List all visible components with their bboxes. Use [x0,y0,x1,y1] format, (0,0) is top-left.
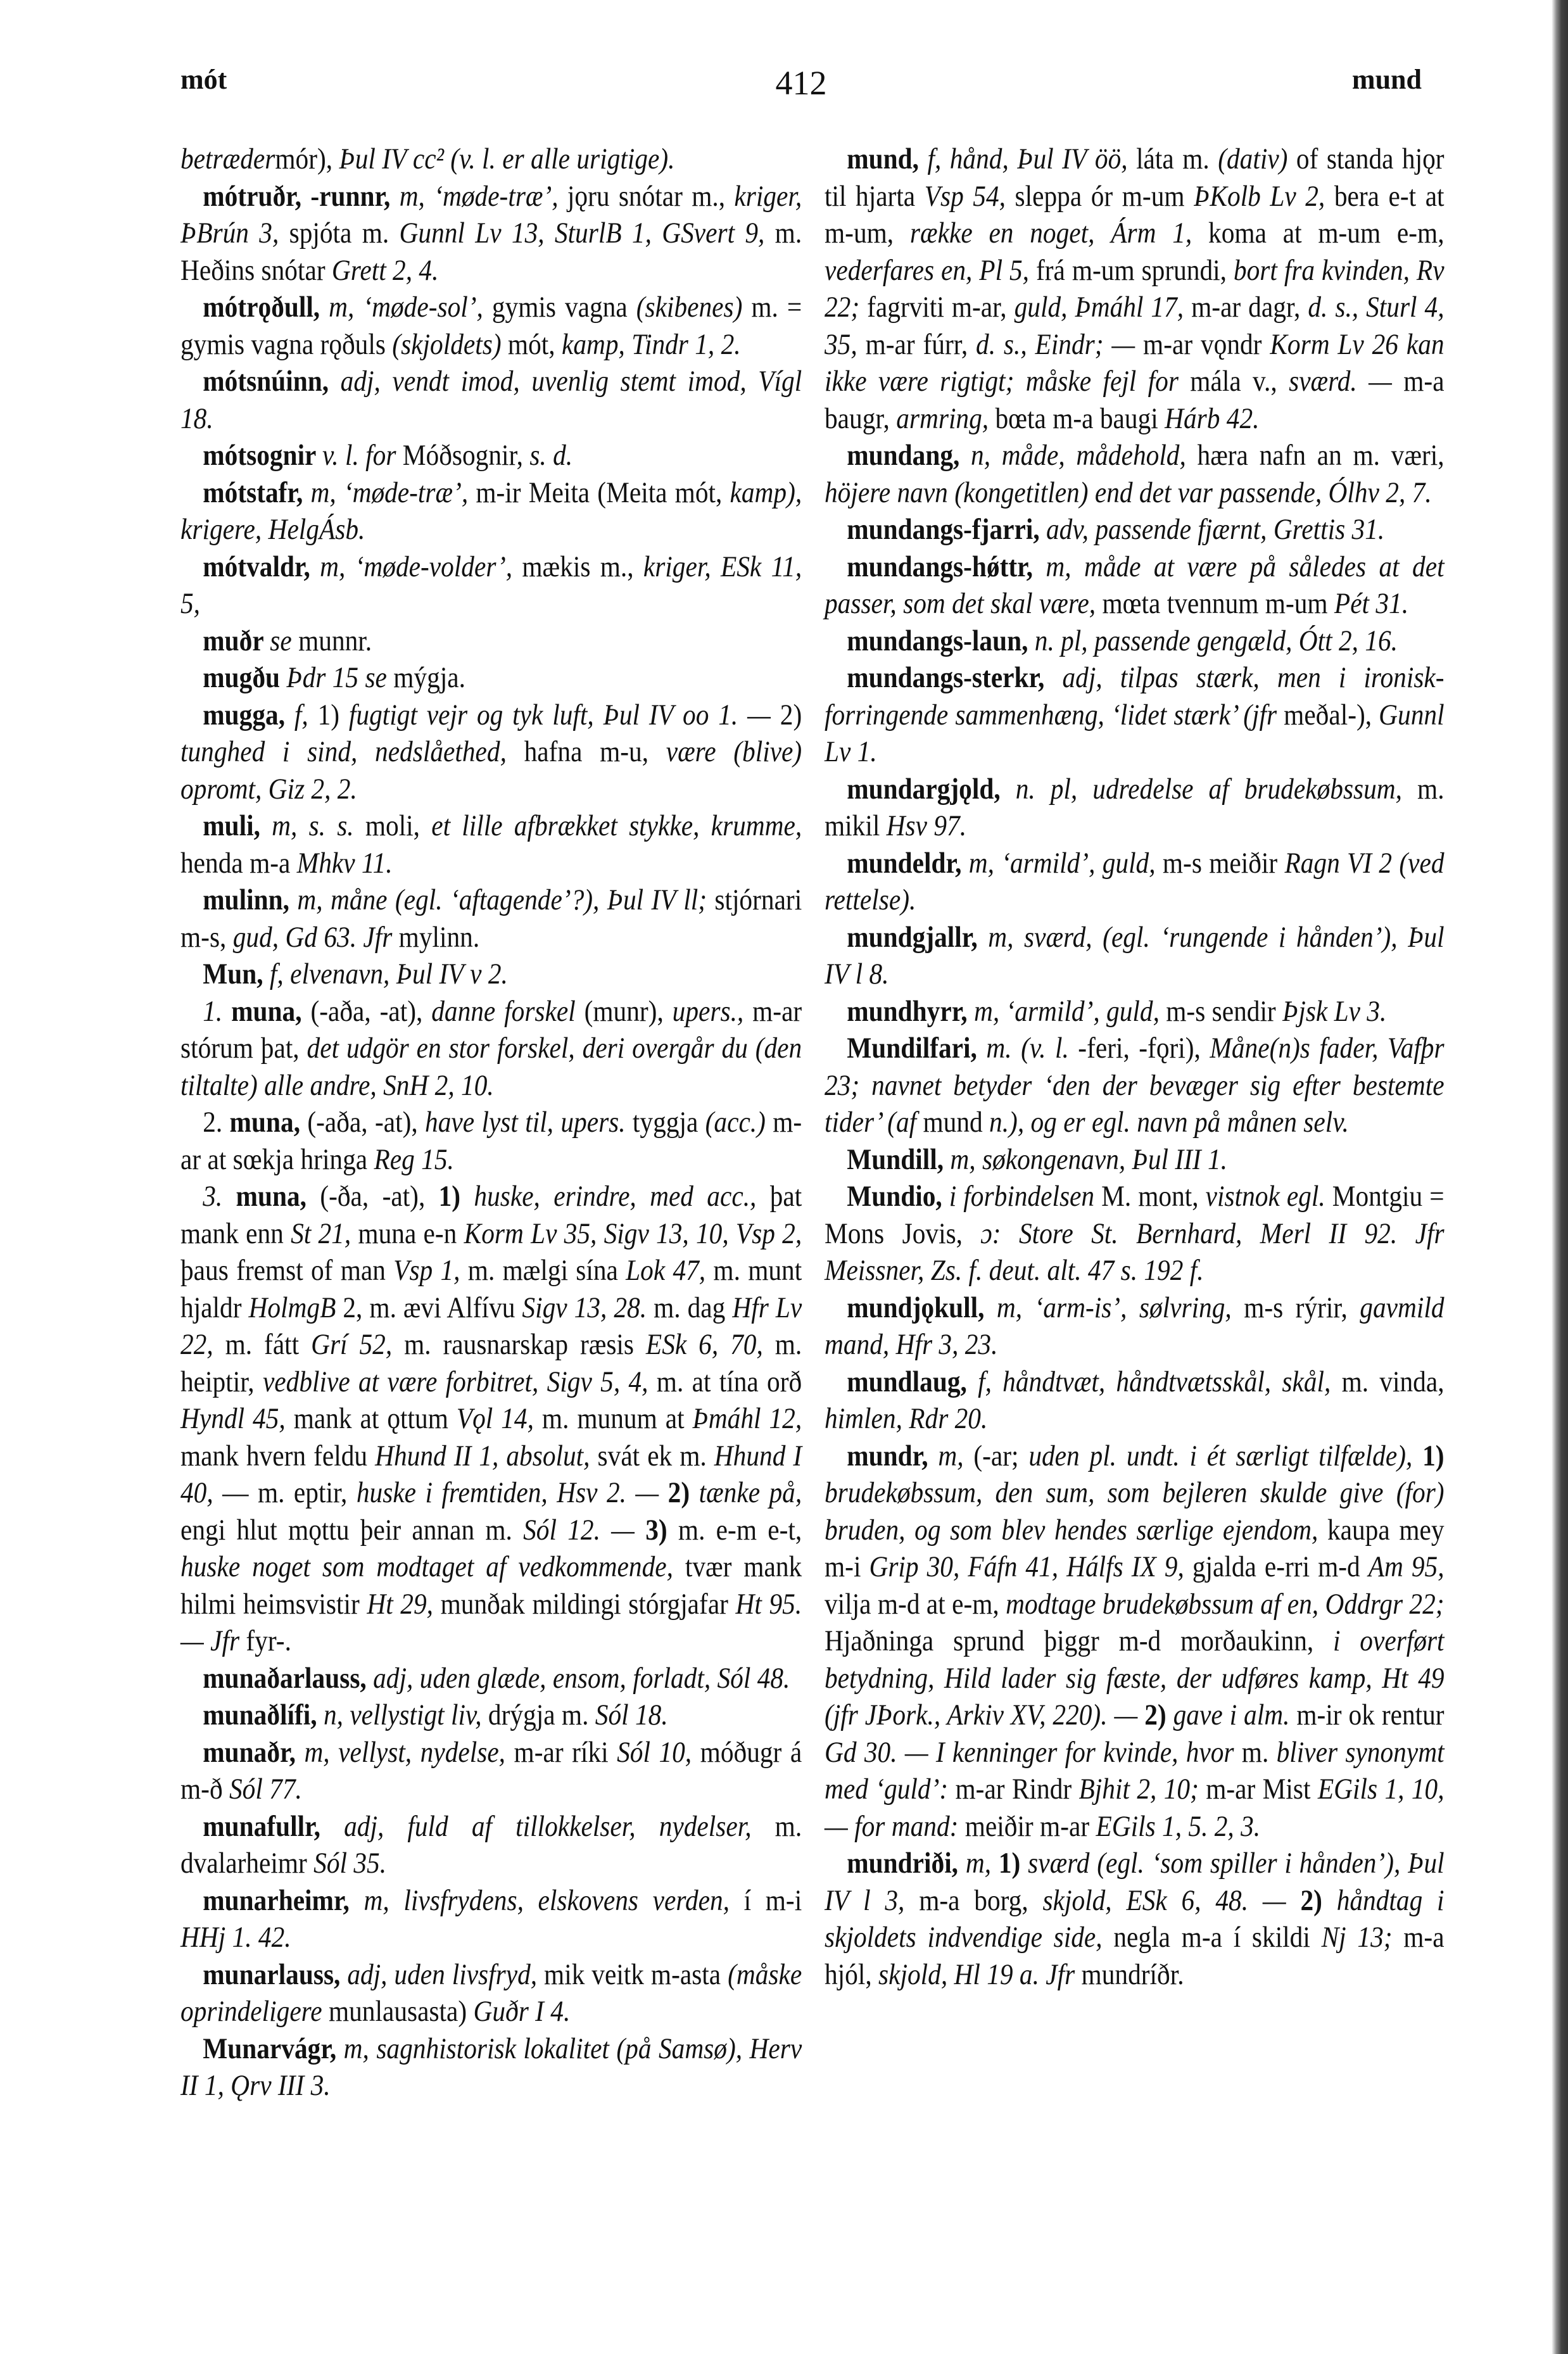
entry-text: guld, Þmáhl 17, [1015,291,1192,324]
dictionary-entry: munarheimr, m, livsfrydens, elskovens ve… [180,1882,802,1956]
entry-text: mála v., [1190,365,1289,398]
entry-text: mœta tvennum m-um [1102,587,1334,620]
entry-text: vedblive at være forbitret, Sigv 5, 4, [263,1365,657,1398]
dictionary-entry: betrædermór), Þul IV cc² (v. l. er alle … [180,141,802,178]
entry-text: drýgja m. [488,1699,595,1731]
entry-text: Sól 18. [595,1699,668,1731]
headword: Mundio, [847,1180,949,1213]
entry-text: huske, erindre, med acc., [474,1180,769,1213]
entry-text: m-ir Meita (Meita mót, [476,476,730,509]
entry-text: spjóta m. [289,217,400,250]
entry-text: engi hlut mǫttu þeir annan m. [180,1514,523,1547]
left-column: betrædermór), Þul IV cc² (v. l. er alle … [180,141,802,2104]
headword: mundhyrr, [847,995,974,1028]
entry-text: v. l. for [322,439,403,472]
dictionary-entry: Mundilfari, m. (v. l. -feri, -fǫri), Mån… [825,1030,1445,1141]
entry-text: mund [923,1106,989,1139]
entry-text: Nj 13; [1322,1921,1404,1954]
entry-text: Bjhit 2, 10; [1079,1773,1206,1806]
headword: mótruðr, -runnr, [203,180,399,213]
dictionary-entry: mugga, f, 1) fugtigt vejr og tyk luft, Þ… [180,697,802,808]
entry-text: skjold, ESk 6, 48. — [1043,1884,1301,1917]
entry-text: m, s. s. [272,809,365,842]
entry-text: m, ‘møde-volder’, [320,550,522,583]
entry-text: (-ða, -at), [320,1180,438,1213]
entry-text: mót, [508,328,562,361]
entry-text: sværd. — [1289,365,1403,398]
headword: mundgjallr, [847,921,988,954]
page-number: 412 [180,63,1422,103]
entry-text: huske noget som modtaget af vedkommende, [180,1550,685,1583]
entry-text: fyr-. [246,1624,291,1657]
entry-text: n, vellystigt liv, [324,1699,488,1731]
entry-text: mór), [275,142,339,175]
dictionary-entry: mundeldr, m, ‘armild’, guld, m-s meiðir … [825,845,1445,919]
headword: munaðr, [203,1736,304,1769]
headword: mundang, [847,439,971,472]
entry-text: Hjaðninga sprund þiggr m-d morðaukinn, [825,1624,1333,1657]
entry-text: m-ar fúrr, [866,328,976,361]
entry-text: meiðir m-ar [965,1810,1096,1843]
headword: mundargjǫld, [847,773,1015,806]
dictionary-entry: 1. muna, (-aða, -at), danne forskel (mun… [180,993,802,1104]
entry-text: m. dag [654,1291,732,1324]
headword: mundlaug, [847,1365,978,1398]
entry-text: et lille afbrækket stykke, krumme, [431,809,802,842]
entry-text: m. e-m e-t, [678,1514,802,1547]
entry-text: n, måde, mådehold, [971,439,1197,472]
entry-text: svát ek m. [598,1440,714,1472]
entry-text: n.), og er egl. navn på månen selv. [989,1106,1349,1139]
dictionary-entry: mulinn, m, måne (egl. ‘aftagende’?), Þul… [180,882,802,956]
entry-text: Sigv 13, 28. [522,1291,654,1324]
entry-text: m-ar Mist [1206,1773,1318,1806]
entry-text: m. mælgi sína [468,1254,626,1287]
headword: muna, [230,1106,308,1139]
entry-text: Móðsognir, [403,439,530,472]
entry-text: betræder [180,142,275,175]
headword: munarlauss, [203,1958,347,1991]
dictionary-entry: Munarvágr, m, sagnhistorisk lokalitet (p… [180,2030,802,2104]
entry-text: Gunnl Lv 13, SturlB 1, GSvert 9, [400,217,775,250]
entry-text: m-ar vǫndr [1143,328,1270,361]
running-head-right: mund [1352,63,1422,96]
page-header: mót 412 mund [180,63,1422,108]
entry-text: (-ar; [973,1440,1028,1472]
entry-text: Hyndl 45, [180,1402,294,1435]
headword: 1) [999,1847,1028,1880]
entry-text: HHj 1. 42. [180,1921,291,1954]
entry-text: m-s sendir [1166,995,1282,1028]
entry-text: mank hvern feldu [180,1440,375,1472]
headword: munafullr, [203,1810,344,1843]
dictionary-entry: Mundio, i forbindelsen M. mont, vistnok … [825,1178,1445,1289]
entry-text: adv, passende fjærnt, Grettis 31. [1046,513,1384,546]
entry-text: (skjoldets) [392,328,508,361]
headword: mund, [847,142,927,175]
dictionary-entry: mundr, m, (-ar; uden pl. undt. i ét særl… [825,1438,1445,1845]
dictionary-entry: mundangs-fjarri, adv, passende fjærnt, G… [825,511,1445,548]
headword: 2) [1300,1884,1336,1917]
dictionary-entry: mótsnúinn, adj, vendt imod, uvenlig stem… [180,363,802,437]
entry-text: Reg 15. [374,1143,453,1176]
entry-text: m-ar Rindr [955,1773,1078,1806]
entry-text: Sól 77. [229,1773,302,1806]
entry-text: m, ‘møde-sol’, [329,291,492,324]
headword: mótsognir [203,439,322,472]
headword: Mundill, [847,1143,950,1176]
entry-text: m, livsfrydens, elskovens verden, [364,1884,744,1917]
entry-text: m, ‘møde-træ’, [400,180,567,213]
entry-text: Grett 2, 4. [332,254,438,287]
entry-text: gjalda e-rri m-d [1192,1550,1369,1583]
entry-text: moli, [365,809,431,842]
entry-text: f, [294,699,318,731]
entry-text: Hhund II 1, absolut, [375,1440,597,1472]
entry-text: armring, [896,402,995,435]
headword: muna, [236,1180,320,1213]
entry-text: (munr), [585,995,673,1028]
entry-text: Mhkv 11. [297,847,393,880]
entry-text: vistnok egl. [1206,1180,1332,1213]
entry-text: Hsv 97. [887,809,966,842]
headword: mótvaldr, [203,550,320,583]
entry-text: n. pl, udredelse af brudekøbssum, [1016,773,1417,806]
entry-text: hæra nafn an m. væri, [1198,439,1445,472]
dictionary-entry: mundhyrr, m, ‘armild’, guld, m-s sendir … [825,993,1445,1030]
entry-text: ÞKolb Lv 2, [1194,180,1334,213]
entry-text: Gd 30. — I kenninger for kvinde, hvor [825,1736,1242,1769]
entry-text: mýgja. [393,661,465,694]
entry-text: (acc.) [705,1106,773,1139]
dictionary-entry: mótruðr, -runnr, m, ‘møde-træ’, jǫru snó… [180,178,802,289]
entry-text: mik veitk m-asta [544,1958,728,1991]
entry-text: EGils 1, 5. 2, 3. [1096,1810,1260,1843]
dictionary-entry: mótvaldr, m, ‘møde-volder’, mækis m., kr… [180,548,802,623]
entry-text: f, håndtvæt, håndtvætsskål, skål, [978,1365,1341,1398]
entry-text: (dativ) [1218,142,1296,175]
entry-text: m, vellyst, nydelse, [304,1736,514,1769]
headword: muðr [203,624,270,657]
entry-text: m-ir ok rentur [1296,1699,1444,1731]
entry-text: 1) [318,699,349,731]
entry-text: (-aða, -at), [310,995,431,1028]
entry-text: Þmáhl 12, [693,1402,802,1435]
dictionary-entry: mótsognir v. l. for Móðsognir, s. d. [180,437,802,474]
entry-text: se [270,624,298,657]
entry-text: gymis vagna [492,291,636,324]
entry-text: upers., [673,995,752,1028]
entry-text: vilja m-d at e-m, [825,1588,1006,1621]
headword: Mundilfari, [847,1032,986,1065]
entry-text: danne forskel [431,995,584,1028]
entry-text: m. at tína orð [657,1365,802,1398]
dictionary-entry: munaðlífi, n, vellystigt liv, drýgja m. … [180,1697,802,1734]
entry-text: fugtigt vejr og tyk luft, Þul IV oo 1. — [349,699,780,731]
headword: mugðu [203,661,286,694]
entry-text: m, måne (egl. ‘aftagende’?), Þul IV ll; [297,883,714,916]
headword: 1) [1422,1440,1444,1472]
entry-text: jǫru snótar m., [567,180,734,213]
entry-text: have lyst til, upers. [425,1106,633,1139]
headword: muna, [231,995,310,1028]
headword: muli, [203,809,272,842]
entry-text: frá m-um sprundi, [1036,254,1234,287]
entry-text: modtage brudekøbssum af en, Oddrgr 22; [1006,1588,1444,1621]
entry-text: tunghed i sind, nedslåethed, [180,735,524,768]
entry-text: række en noget, Árm 1, [910,217,1208,250]
entry-text: m, ‘møde-træ’, [310,476,476,509]
dictionary-entry: mundang, n, måde, mådehold, hæra nafn an… [825,437,1445,511]
headword: mundeldr, [847,847,969,880]
headword: mugga, [203,699,294,731]
entry-text: Guðr I 4. [474,1995,571,2028]
entry-text: Am 95, [1369,1550,1445,1583]
entry-text: tænke på, [699,1476,802,1509]
entry-text: munðak mildingi stórgjafar [441,1588,736,1621]
entry-text: m-a borg, [919,1884,1042,1917]
entry-text: adj, fuld af tillokkelser, nydelser, [344,1810,775,1843]
entry-text: m, søkongenavn, Þul III 1. [950,1143,1227,1176]
entry-text: m. rausnarskap ræsis [404,1328,646,1361]
headword: mulinn, [203,883,297,916]
entry-text: Korm Lv 35, Sigv 13, 10, Vsp 2, [464,1217,802,1250]
entry-text: m-s rýrir, [1244,1291,1360,1324]
entry-text: m. munum at [542,1402,693,1435]
dictionary-entry: mundriði, m, 1) sværd (egl. ‘som spiller… [825,1845,1445,1993]
entry-text: Sól 10, [617,1736,700,1769]
entry-text: adj, uden livsfryd, [347,1958,544,1991]
dictionary-entry: mundlaug, f, håndtvæt, håndtvætsskål, sk… [825,1364,1445,1438]
headword: 3) [645,1514,678,1547]
entry-text: m, [966,1847,999,1880]
entry-text: (skibenes) [636,291,752,324]
dictionary-entry: Mun, f, elvenavn, Þul IV v 2. [180,956,802,993]
entry-text: St 21, [291,1217,358,1250]
entry-text: kamp, Tindr 1, 2. [562,328,741,361]
headword: mundriði, [847,1847,966,1880]
headword: munaðarlauss, [203,1662,373,1695]
dictionary-entry: muli, m, s. s. moli, et lille afbrækket … [180,807,802,882]
entry-text: Sól 35. [313,1847,386,1880]
headword: mundangs-hǿttr, [847,550,1046,583]
dictionary-entry: munafullr, adj, fuld af tillokkelser, ny… [180,1808,802,1882]
headword: mótrǫðull, [203,291,329,324]
entry-text: vederfares en, Pl 5, [825,254,1036,287]
entry-text: m. (v. l. [986,1032,1078,1065]
entry-text: ESk 6, 70, [646,1328,775,1361]
entry-text: meðal-), [1284,699,1379,731]
entry-text: Hárb 42. [1165,402,1259,435]
headword: mótsnúinn, [203,365,340,398]
entry-text: f, elvenavn, Þul IV v 2. [270,958,508,990]
headword: Mun, [203,958,270,990]
entry-text: Vǫl 14, [457,1402,542,1435]
headword: mundr, [847,1440,938,1472]
entry-text: d. s., Eindr; — [976,328,1143,361]
dictionary-entry: Mundill, m, søkongenavn, Þul III 1. [825,1141,1445,1179]
entry-text: m, [938,1440,973,1472]
entry-text: hafna m-u, [524,735,666,768]
entry-text: mækis m., [522,550,643,583]
entry-text: höjere navn (kongetitlen) end det var pa… [825,476,1432,509]
entry-text: Þjsk Lv 3. [1282,995,1386,1028]
entry-text: -feri, -fǫri), [1078,1032,1210,1065]
entry-text: Lok 47, [626,1254,713,1287]
headword: Munarvágr, [203,2032,343,2065]
entry-text: f, hånd, Þul IV öö, [927,142,1136,175]
entry-text: m, ‘armild’, guld, [969,847,1163,880]
entry-text: himlen, Rdr 20. [825,1402,987,1435]
entry-text: 2. [203,1106,229,1139]
entry-text: m, ‘armild’, guld, [974,995,1166,1028]
headword: mótstafr, [203,476,310,509]
entry-text: láta m. [1136,142,1218,175]
entry-text: koma at m-um e-m, [1208,217,1445,250]
headword: mundangs-laun, [847,624,1035,657]
entry-text: (-aða, -at), [307,1106,425,1139]
entry-text: Grí 52, [311,1328,404,1361]
entry-text: — m. eptir, [222,1476,357,1509]
dictionary-entry: munarlauss, adj, uden livsfryd, mik veit… [180,1956,802,2030]
entry-text: m. [1242,1736,1277,1769]
dictionary-entry: munaðarlauss, adj, uden glæde, ensom, fo… [180,1660,802,1697]
entry-text: munnr. [298,624,372,657]
entry-text: negla m-a í skildi [1113,1921,1321,1954]
entry-text: muna e-n [358,1217,464,1250]
headword: munarheimr, [203,1884,364,1917]
dictionary-entry: mótrǫðull, m, ‘møde-sol’, gymis vagna (s… [180,289,802,363]
entry-text: n. pl, passende gengæld, Ótt 2, 16. [1035,624,1398,657]
entry-text: Þdr 15 se [286,661,393,694]
entry-text: Ht 29, [367,1588,440,1621]
entry-text: fagrviti m-ar, [867,291,1014,324]
entry-text: skjold, Hl 19 a. Jfr [878,1958,1082,1991]
dictionary-entry: mugðu Þdr 15 se mýgja. [180,659,802,697]
headword: mundangs-fjarri, [847,513,1046,546]
entry-text: m. fátt [225,1328,311,1361]
headword: 2) [1144,1699,1173,1731]
entry-text: mylinn. [399,921,480,954]
entry-text: m-ar dagr, [1191,291,1308,324]
entry-text: tyggja [633,1106,705,1139]
entry-text: adj, uden glæde, ensom, forladt, Sól 48. [373,1662,790,1695]
dictionary-entry: mundangs-hǿttr, m, måde at være på såled… [825,548,1445,623]
entry-text: huske i fremtiden, Hsv 2. — [357,1476,668,1509]
entry-text: 2, m. ævi Alfívu [343,1291,522,1324]
entry-text: Vsp 54, [925,180,1015,213]
page-edge-shadow [1552,0,1568,2354]
entry-text: 3. [203,1180,236,1213]
right-column: mund, f, hånd, Þul IV öö, láta m. (dativ… [825,141,1445,1993]
entry-text: uden pl. undt. i ét særligt tilfælde), [1028,1440,1422,1472]
entry-text: m-ar ríki [514,1736,617,1769]
headword: 2) [668,1476,699,1509]
entry-text: 2) [780,699,802,731]
dictionary-entry: 2. muna, (-aða, -at), have lyst til, upe… [180,1104,802,1178]
entry-text: gud, Gd 63. Jfr [233,921,399,954]
headword: mundjǫkull, [847,1291,997,1324]
dictionary-entry: mundargjǫld, n. pl, udredelse af brudekø… [825,771,1445,845]
dictionary-entry: munaðr, m, vellyst, nydelse, m-ar ríki S… [180,1734,802,1808]
entry-text: munlausasta) [329,1995,474,2028]
dictionary-entry: mundangs-laun, n. pl, passende gengæld, … [825,623,1445,660]
entry-text: mank at ǫttum [294,1402,457,1435]
entry-text: bœta m-a baugi [995,402,1165,435]
entry-text: mundríðr. [1082,1958,1184,1991]
dictionary-entry: mundangs-sterkr, adj, tilpas stærk, men … [825,659,1445,771]
entry-text: m, ‘arm-is’, sølvring, [997,1291,1244,1324]
entry-text: i forbindelsen [949,1180,1101,1213]
headword: 1) [439,1180,474,1213]
entry-text: Þul IV cc² (v. l. er alle urigtige). [339,142,674,175]
headword: mundangs-sterkr, [847,661,1062,694]
dictionary-entry: muðr se munnr. [180,623,802,660]
dictionary-entry: 3. muna, (-ða, -at), 1) huske, erindre, … [180,1178,802,1660]
entry-text: Vsp 1, [393,1254,468,1287]
dictionary-entry: mund, f, hånd, Þul IV öö, láta m. (dativ… [825,141,1445,437]
entry-text: s. d. [529,439,572,472]
entry-text: m-s meiðir [1163,847,1285,880]
entry-text: M. mont, [1101,1180,1206,1213]
entry-text: Grip 30, Fáfn 41, Hálfs IX 9, [869,1550,1192,1583]
entry-text: í m-i [744,1884,802,1917]
entry-text: sleppa ór m-um [1015,180,1194,213]
entry-text: HolmgB [248,1291,343,1324]
dictionary-entry: mótstafr, m, ‘møde-træ’, m-ir Meita (Mei… [180,474,802,548]
entry-text: Pét 31. [1334,587,1408,620]
dictionary-entry: mundgjallr, m, sværd, (egl. ‘rungende i … [825,919,1445,993]
entry-text: gave i alm. [1173,1699,1297,1731]
entry-text: Sól 12. — [523,1514,645,1547]
dictionary-entry: mundjǫkull, m, ‘arm-is’, sølvring, m-s r… [825,1289,1445,1364]
headword: munaðlífi, [203,1699,324,1731]
entry-text: þaus fremst of man [180,1254,393,1287]
entry-text: henda m-a [180,847,297,880]
entry-text: 1. [203,995,231,1028]
entry-text: m. vinda, [1342,1365,1445,1398]
